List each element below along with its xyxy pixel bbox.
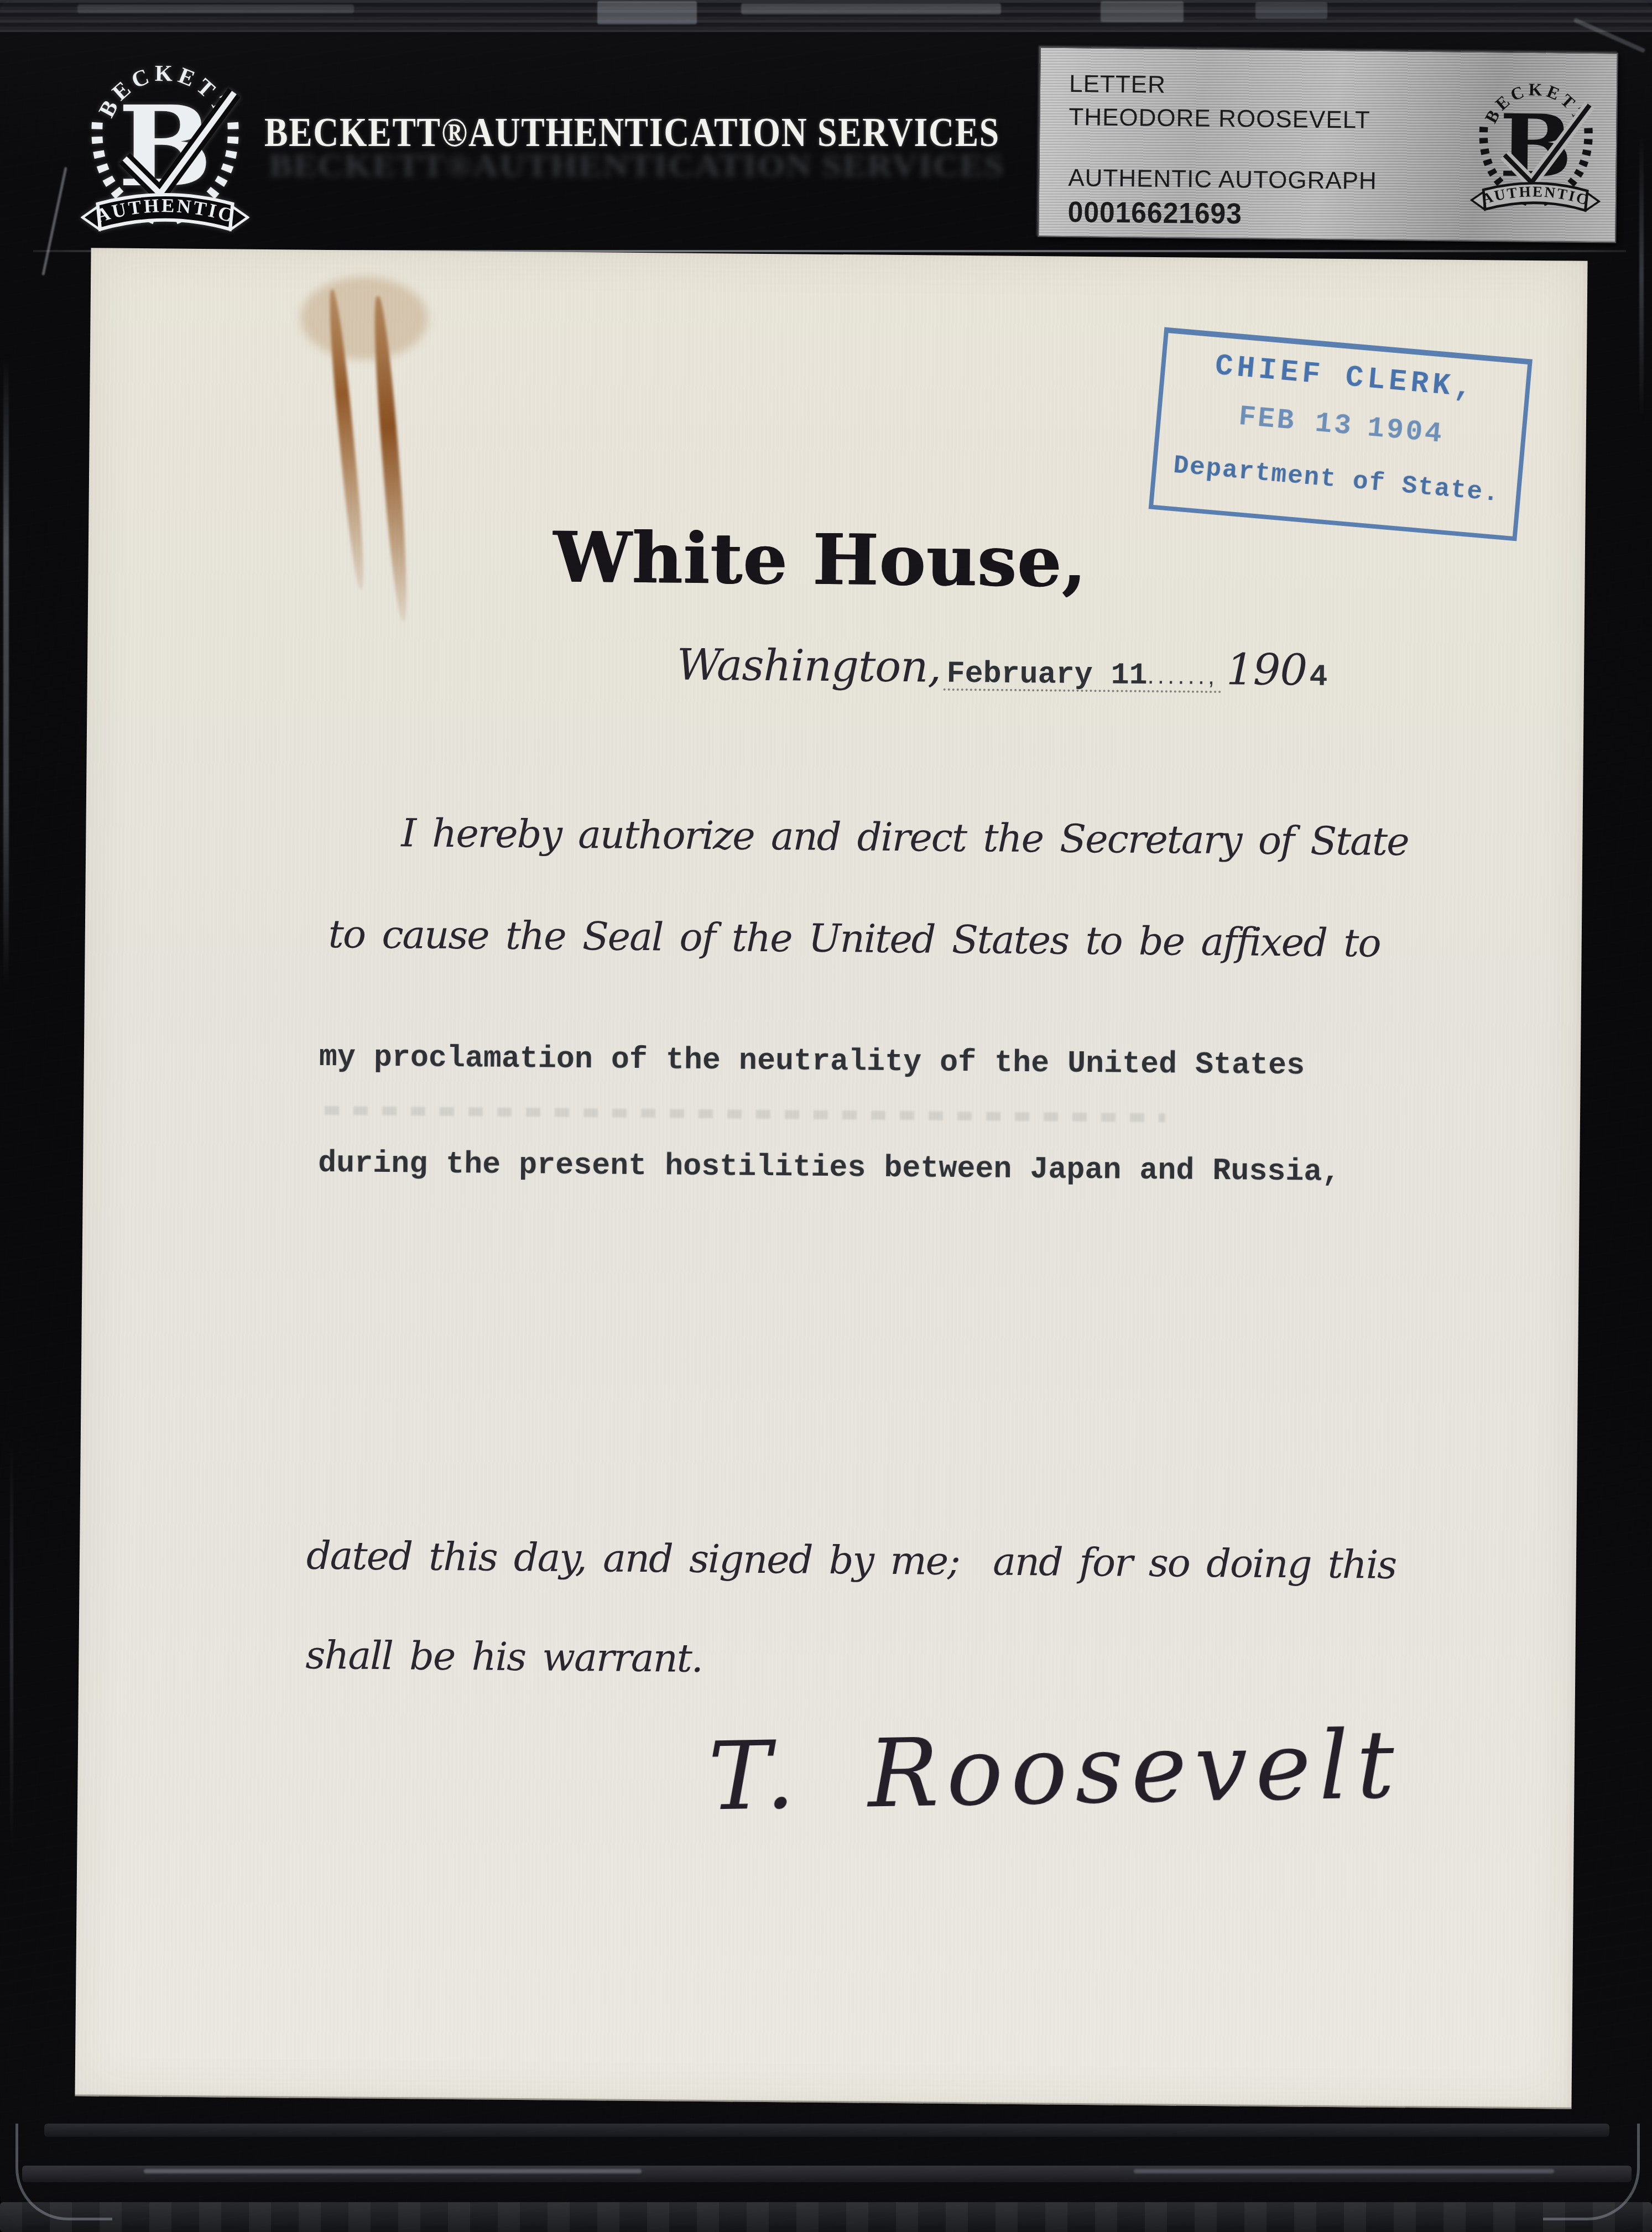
rust-stain-smudge [300,277,428,361]
acrylic-streak-left-low [10,1438,13,1853]
slab-photo: BECKETT®AUTHENTICATION SERVICES BECKETT®… [0,0,1652,2232]
erased-typed-line [325,1106,1165,1122]
brand-title-reflection: BECKETT®AUTHENTICATION SERVICES [269,147,1004,185]
dateline-dotted-leader: ......, [1147,662,1218,690]
body-script-line-4: shall be his warrant. [305,1633,702,1681]
dateline: Washington, February 11......, 190 4 [657,630,1328,706]
case-ridge-highlight [144,2169,642,2173]
cert-serial-number: 00016621693 [1067,195,1242,231]
acrylic-tab [597,1,697,24]
acrylic-scratch-topleft [41,167,67,276]
stamp-date-month-day: FEB 13 [1237,401,1354,443]
beckett-logo-black [1469,70,1603,220]
dateline-typed-date: February 11 [946,656,1148,693]
acrylic-streak-left [3,354,9,990]
body-typed-line-2: during the present hostilities between J… [318,1146,1341,1190]
acrylic-streak-right [1639,133,1644,420]
cert-grade: AUTHENTIC AUTOGRAPH [1068,164,1377,195]
cert-label: LETTER THEODORE ROOSEVELT AUTHENTIC AUTO… [1038,47,1618,243]
stamp-department-line: Department of State. [1156,450,1518,510]
body-typed-line-1: my proclamation of the neutrality of the… [319,1040,1305,1083]
acrylic-tab [1255,2,1327,19]
dateline-year-typed: 4 [1309,660,1328,695]
cert-item-type: LETTER [1069,70,1166,99]
stamp-date-year: 1904 [1366,413,1445,451]
case-ridge [22,2166,1632,2182]
acrylic-slab: BECKETT®AUTHENTICATION SERVICES BECKETT®… [0,0,1652,2232]
letter-paper: CHIEF CLERK, FEB 131904 Department of St… [75,248,1587,2109]
acrylic-tab [741,3,1001,14]
roosevelt-signature: T. Roosevelt [707,1710,1403,1832]
acrylic-tab [77,4,354,13]
acrylic-tab [1101,1,1184,22]
beckett-logo [81,49,249,241]
case-ridge-highlight [1134,2169,1554,2173]
dateline-city: Washington, [676,640,941,692]
body-script-line-1: I hereby authorize and direct the Secret… [401,810,1409,864]
letterhead-title: White House, [553,517,1087,603]
cert-subject: THEODORE ROOSEVELT [1069,103,1370,134]
body-script-line-2: to cause the Seal of the United States t… [328,911,1380,966]
case-bottom [0,2105,1652,2232]
case-bottom-strip [0,2202,1652,2232]
chief-clerk-stamp: CHIEF CLERK, FEB 131904 Department of St… [1149,327,1533,541]
body-script-line-3: dated this day, and signed by me; and fo… [306,1533,1396,1588]
stamp-date-gap [1352,434,1367,435]
case-ridge [44,2124,1609,2137]
dateline-year-printed: 190 [1226,645,1307,695]
